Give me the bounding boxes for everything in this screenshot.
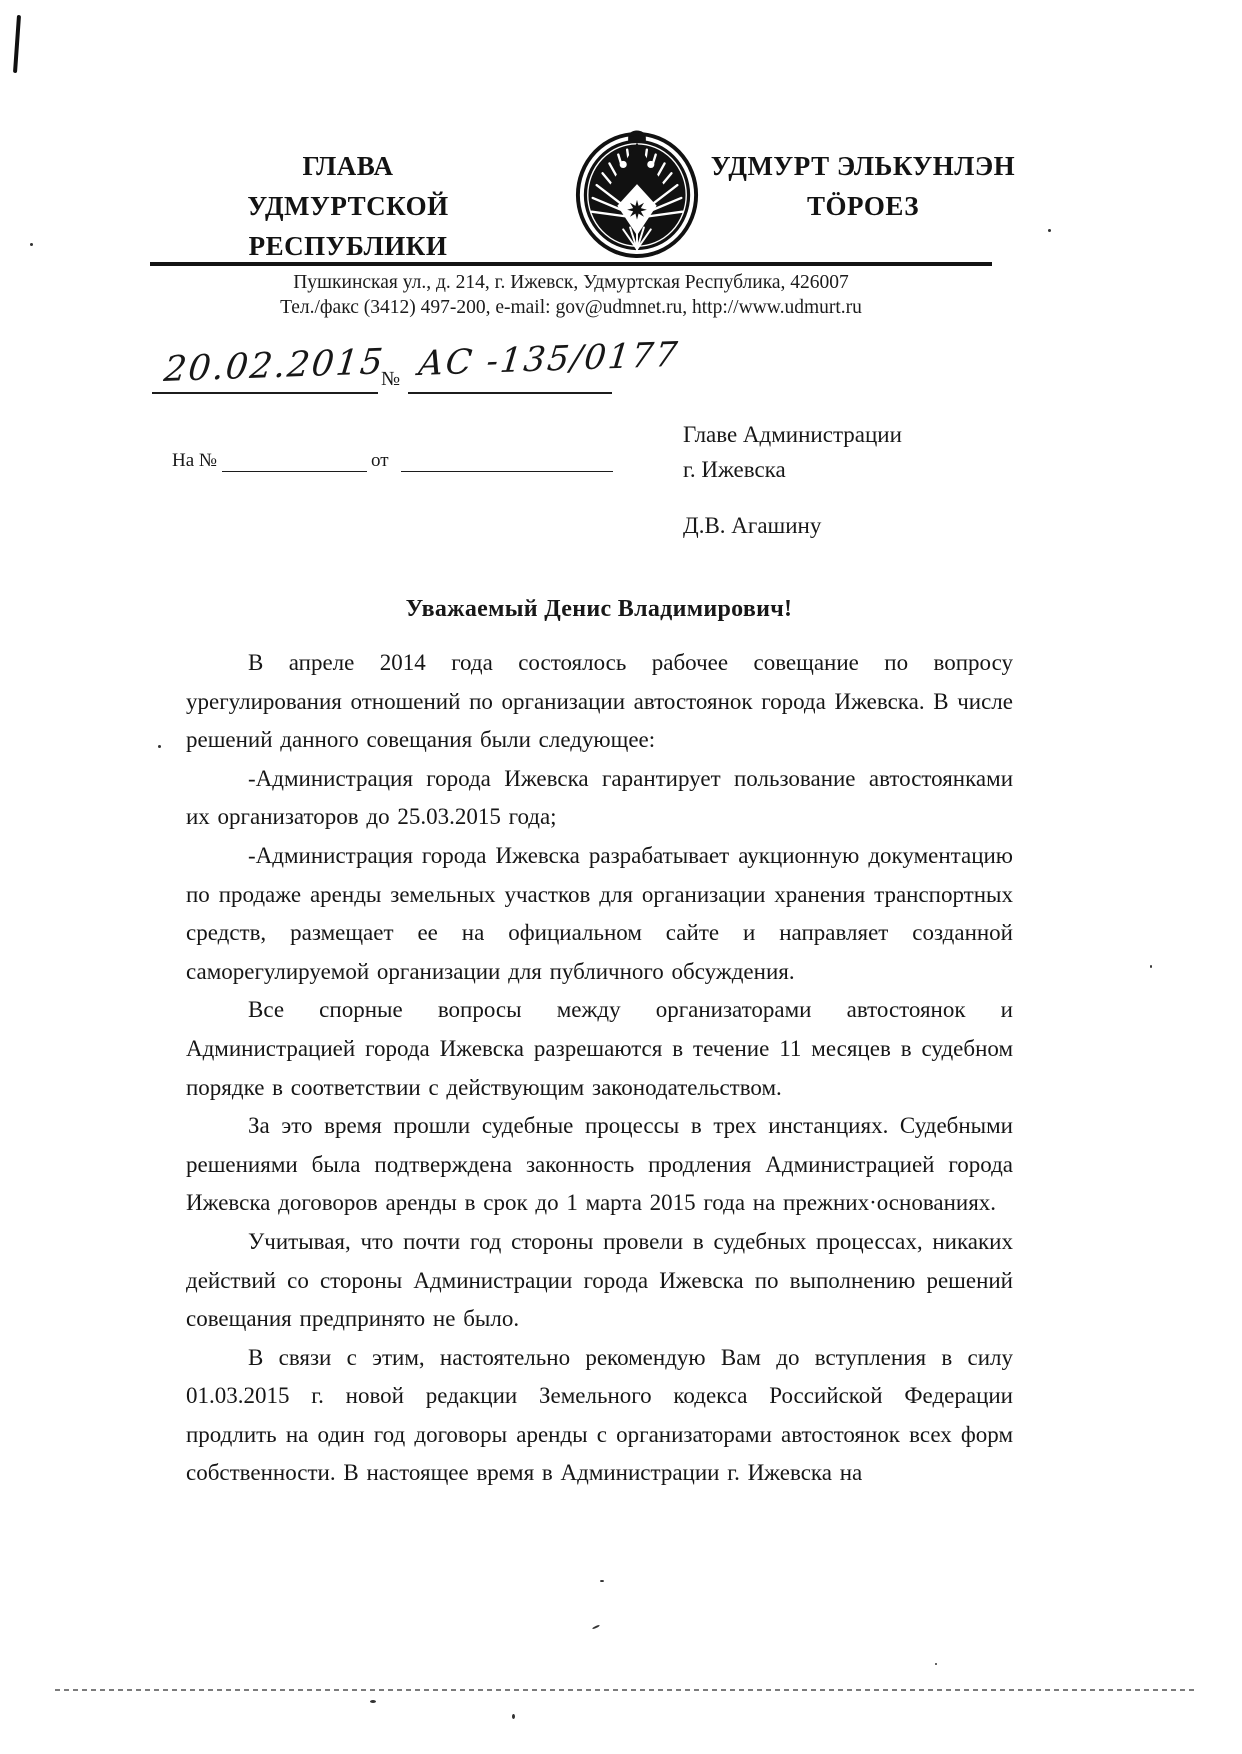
letter-body: В апреле 2014 года состоялось рабочее со… — [186, 644, 1013, 1493]
org-name-ru-line1: ГЛАВА — [170, 146, 526, 186]
paragraph-2: -Администрация города Ижевска гарантируе… — [186, 760, 1013, 837]
scan-speck — [370, 1700, 376, 1703]
date-underline — [152, 392, 378, 394]
org-postal-address: Пушкинская ул., д. 214, г. Ижевск, Удмур… — [150, 272, 992, 294]
paragraph-6: Учитывая, что почти год стороны провели … — [186, 1223, 1013, 1339]
reply-number-blank — [222, 471, 367, 472]
number-underline — [408, 392, 612, 394]
reply-to-number-label: На № — [172, 450, 217, 472]
org-name-ru-line2: УДМУРТСКОЙ РЕСПУБЛИКИ — [170, 186, 526, 266]
paragraph-7: В связи с этим, настоятельно рекомендую … — [186, 1339, 1013, 1493]
pen-mark — [13, 15, 21, 73]
recipient-title: Главе Администрации — [683, 417, 1103, 452]
paragraph-3: -Администрация города Ижевска разрабатыв… — [186, 837, 1013, 991]
header-divider — [150, 262, 992, 266]
scan-speck — [30, 243, 33, 246]
scan-speck — [1150, 965, 1152, 968]
org-name-udm-line2: ТӦРОЕЗ — [688, 186, 1038, 226]
paragraph-4: Все спорные вопросы между организаторами… — [186, 991, 1013, 1107]
handwritten-outgoing-number: АС -135/0177 — [416, 335, 681, 384]
udmurt-coat-of-arms-icon — [572, 124, 702, 262]
reply-date-blank — [401, 471, 613, 472]
bottom-perforation-line — [55, 1689, 1195, 1691]
scan-speck — [935, 1663, 937, 1665]
scan-speck — [512, 1714, 515, 1719]
reply-from-label: от — [371, 450, 389, 472]
org-name-udmurt: УДМУРТ ЭЛЬКУНЛЭН ТӦРОЕЗ — [688, 146, 1038, 226]
org-contact-line: Тел./факс (3412) 497-200, e-mail: gov@ud… — [150, 297, 992, 319]
recipient-city: г. Ижевска — [683, 452, 1103, 487]
scan-speck — [158, 745, 161, 748]
recipient-name: Д.В. Агашину — [683, 508, 1103, 543]
org-name-russian: ГЛАВА УДМУРТСКОЙ РЕСПУБЛИКИ — [170, 146, 526, 266]
handwritten-date: 20.02.2015 — [162, 342, 386, 390]
paragraph-5: За это время прошли судебные процессы в … — [186, 1107, 1013, 1223]
salutation: Уважаемый Денис Владимирович! — [185, 596, 1013, 623]
scan-speck — [600, 1580, 604, 1582]
paragraph-1: В апреле 2014 года состоялось рабочее со… — [186, 644, 1013, 760]
recipient-block: Главе Администрации г. Ижевска Д.В. Агаш… — [683, 417, 1103, 543]
scan-speck — [1048, 229, 1051, 232]
number-sign-label: № — [381, 368, 400, 391]
scan-speck — [592, 1624, 600, 1629]
scanned-letter-page: ГЛАВА УДМУРТСКОЙ РЕСПУБЛИКИ — [0, 0, 1242, 1754]
org-name-udm-line1: УДМУРТ ЭЛЬКУНЛЭН — [688, 146, 1038, 186]
